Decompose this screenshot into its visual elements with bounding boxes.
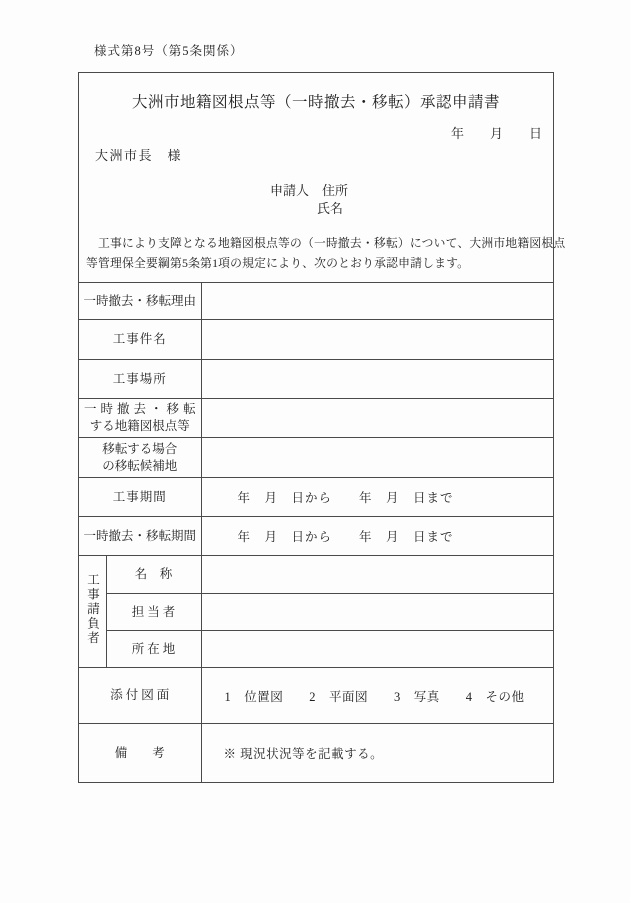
body-paragraph: 工事により支障となる地籍図根点等の（一時撤去・移転）について、大洲市地籍図根点 …: [79, 234, 553, 273]
relocation-site-label-line2: の移転候補地: [79, 458, 201, 475]
form-number-label: 様式第8号（第5条関係）: [94, 41, 244, 59]
body-line-2: 等管理保全要綱第5条第1項の規定により、次のとおり承認申請します。: [86, 254, 546, 274]
body-line-1: 工事により支障となる地籍図根点等の（一時撤去・移転）について、大洲市地籍図根点: [86, 234, 546, 254]
row-relocation-site: 移転する場合 の移転候補地: [79, 438, 553, 478]
row-contractor-contact: 担当者: [79, 594, 553, 631]
construction-site-value: [201, 360, 553, 399]
construction-name-value: [201, 320, 553, 360]
construction-period-value: 年 月 日から 年 月 日まで: [201, 478, 553, 517]
contractor-contact-value: [201, 594, 553, 631]
construction-period-label: 工事期間: [79, 478, 201, 517]
contractor-address-label: 所在地: [106, 631, 201, 668]
reason-label: 一時撤去・移転理由: [79, 283, 201, 320]
contractor-name-value: [201, 556, 553, 594]
relocation-site-value: [201, 438, 553, 478]
removal-period-value: 年 月 日から 年 月 日まで: [201, 517, 553, 556]
document-page: 様式第8号（第5条関係） 大洲市地籍図根点等（一時撤去・移転）承認申請書 年 月…: [0, 0, 630, 903]
applicant-block: 申請人住所 氏名: [270, 182, 553, 218]
relocation-site-label: 移転する場合 の移転候補地: [79, 438, 201, 478]
row-contractor-name: 工事請負者 名 称: [79, 556, 553, 594]
contractor-name-label: 名 称: [106, 556, 201, 594]
remarks-label: 備 考: [79, 724, 201, 783]
application-table: 一時撤去・移転理由 工事件名 工事場所 一時撤去・移転 する地籍図根点等: [79, 282, 553, 783]
contractor-group-label: 工事請負者: [86, 573, 99, 646]
removal-period-label: 一時撤去・移転期間: [79, 517, 201, 556]
construction-site-label: 工事場所: [79, 360, 201, 399]
form-border-box: 大洲市地籍図根点等（一時撤去・移転）承認申請書 年 月 日 大洲市長 様 申請人…: [78, 72, 554, 783]
row-construction-period: 工事期間 年 月 日から 年 月 日まで: [79, 478, 553, 517]
form-title: 大洲市地籍図根点等（一時撤去・移転）承認申請書: [79, 90, 553, 112]
relocation-site-label-line1: 移転する場合: [79, 441, 201, 458]
contractor-contact-label: 担当者: [106, 594, 201, 631]
applicant-name-label: 氏名: [317, 201, 343, 216]
date-line: 年 月 日: [79, 123, 553, 142]
row-contractor-address: 所在地: [79, 631, 553, 668]
applicant-label: 申請人: [270, 183, 309, 198]
row-reason: 一時撤去・移転理由: [79, 283, 553, 320]
contractor-group-cell: 工事請負者: [79, 556, 106, 668]
attachments-label: 添付図面: [79, 668, 201, 724]
row-remarks: 備 考 ※ 現況状況等を記載する。: [79, 724, 553, 783]
points-label-line2: する地籍図根点等: [79, 418, 201, 435]
attachments-value: 1 位置図 2 平面図 3 写真 4 その他: [201, 668, 553, 724]
applicant-address-line: 申請人住所: [270, 182, 553, 200]
remarks-value: ※ 現況状況等を記載する。: [201, 724, 553, 783]
reason-value: [201, 283, 553, 320]
points-label-line1: 一時撤去・移転: [79, 401, 201, 418]
row-removal-period: 一時撤去・移転期間 年 月 日から 年 月 日まで: [79, 517, 553, 556]
applicant-name-line: 氏名: [317, 200, 553, 218]
points-value: [201, 399, 553, 438]
row-construction-name: 工事件名: [79, 320, 553, 360]
row-attachments: 添付図面 1 位置図 2 平面図 3 写真 4 その他: [79, 668, 553, 724]
construction-name-label: 工事件名: [79, 320, 201, 360]
points-label: 一時撤去・移転 する地籍図根点等: [79, 399, 201, 438]
contractor-address-value: [201, 631, 553, 668]
row-points: 一時撤去・移転 する地籍図根点等: [79, 399, 553, 438]
row-construction-site: 工事場所: [79, 360, 553, 399]
applicant-address-label: 住所: [322, 183, 348, 198]
addressee-line: 大洲市長 様: [79, 145, 553, 164]
